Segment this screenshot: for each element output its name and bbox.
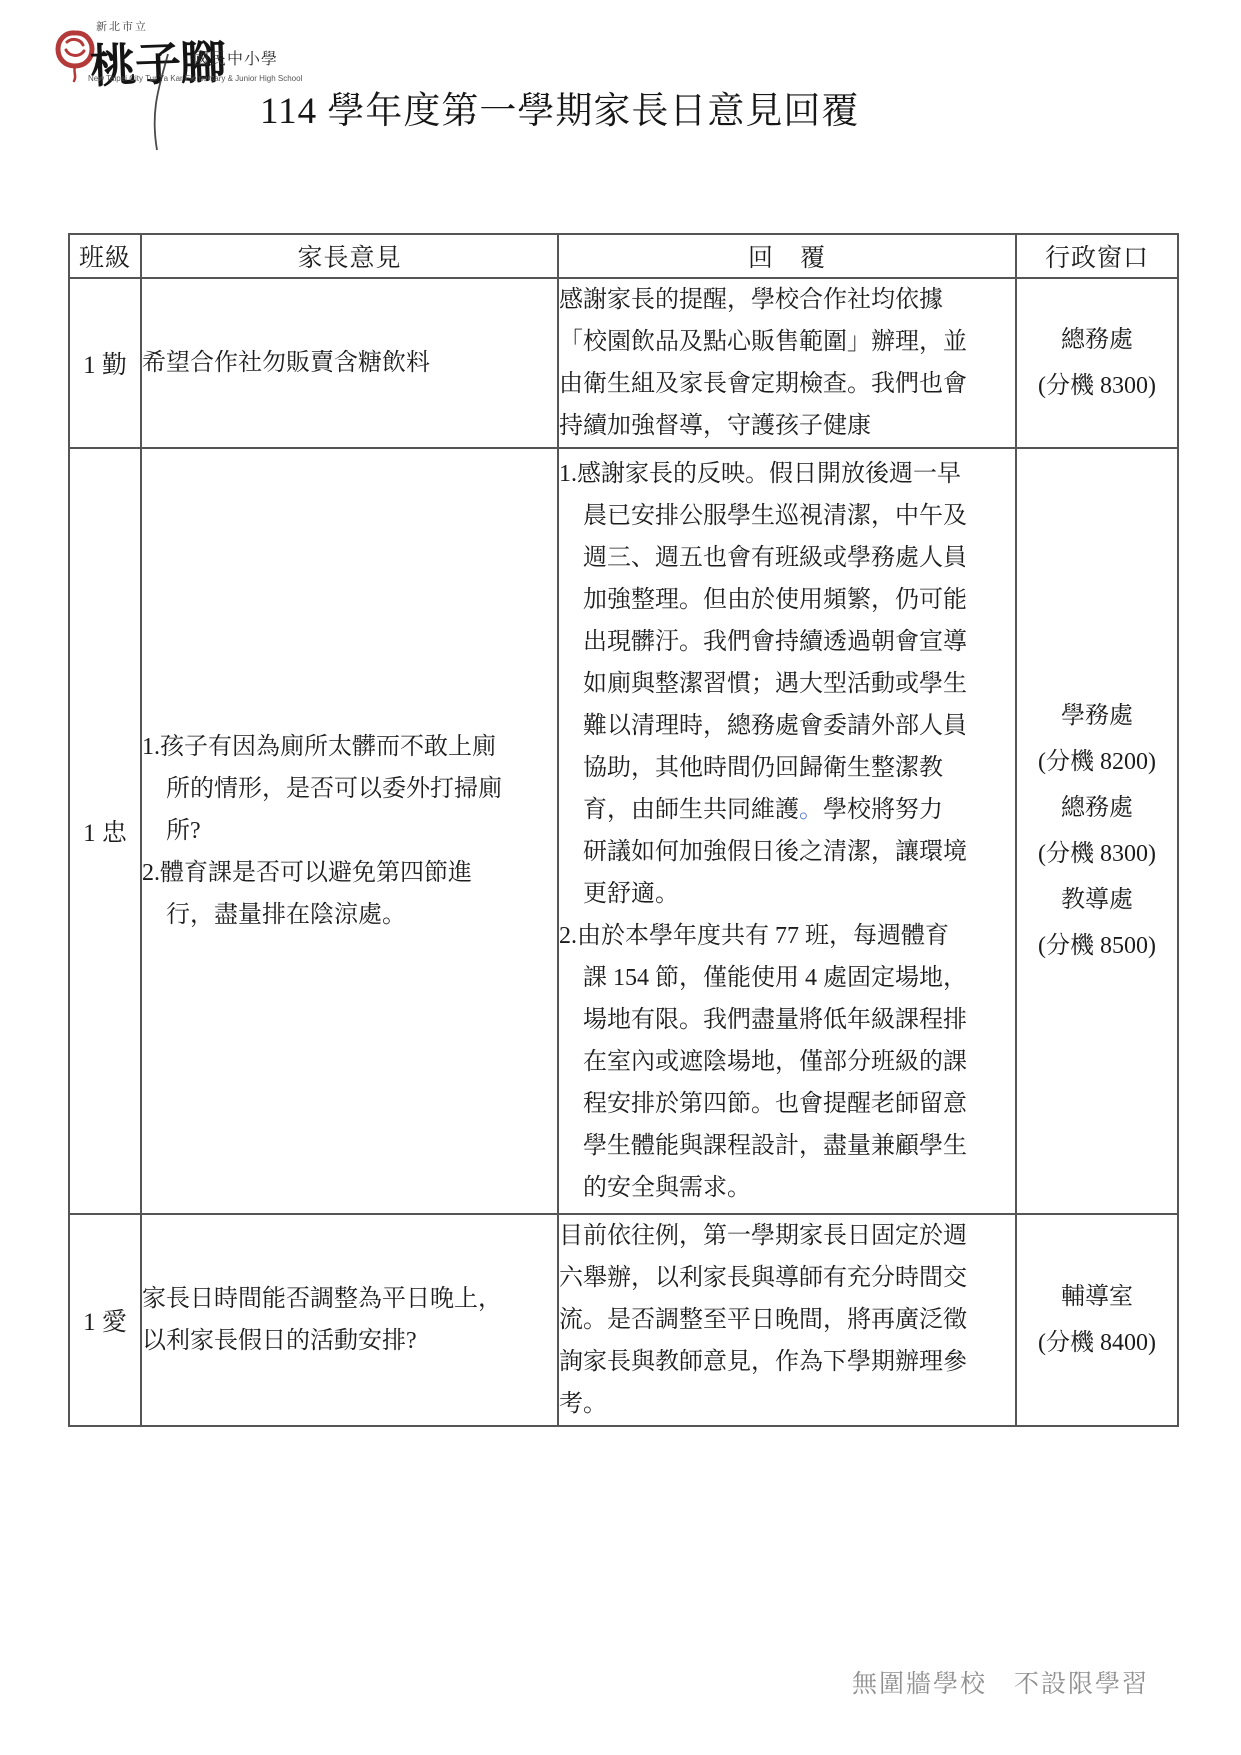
text-line: (分機 8500): [1017, 923, 1177, 969]
text-line: 目前依往例，第一學期家長日固定於週: [559, 1215, 1015, 1257]
text-line: 持續加強督導，守護孩子健康: [559, 405, 1015, 447]
text-line: 所的情形，是否可以委外打掃廁: [142, 768, 557, 810]
table-row: 1 愛 家長日時間能否調整為平日晚上，以利家長假日的活動安排? 目前依往例，第一…: [69, 1214, 1178, 1426]
table-row: 1 勤 希望合作社勿販賣含糖飲料 感謝家長的提醒，學校合作社均依據「校園飲品及點…: [69, 278, 1178, 448]
text-line: 由衛生組及家長會定期檢查。我們也會: [559, 363, 1015, 405]
text-line: 出現髒汙。我們會持續透過朝會宣導: [559, 621, 1015, 663]
text-line: 場地有限。我們盡量將低年級課程排: [559, 999, 1015, 1041]
table-row: 1 忠 1.孩子有因為廁所太髒而不敢上廁 所的情形，是否可以委外打掃廁 所?2.…: [69, 448, 1178, 1214]
parent-opinion-cell: 希望合作社勿販賣含糖飲料: [141, 278, 558, 448]
text-line: 2.由於本學年度共有 77 班，每週體育: [559, 915, 1015, 957]
admin-window-cell: 學務處(分機 8200)總務處(分機 8300)教導處(分機 8500): [1016, 448, 1178, 1214]
text-line: 更舒適。: [559, 873, 1015, 915]
text-line: 家長日時間能否調整為平日晚上，: [142, 1278, 557, 1320]
text-line: 1.感謝家長的反映。假日開放後週一早: [559, 453, 1015, 495]
text-line: 所?: [142, 810, 557, 852]
text-line: 以利家長假日的活動安排?: [142, 1320, 557, 1362]
class-label: 1 勤: [69, 278, 141, 448]
text-line: 行，盡量排在陰涼處。: [142, 894, 557, 936]
text-line: 研議如何加強假日後之清潔，讓環境: [559, 831, 1015, 873]
text-line: 總務處: [1017, 785, 1177, 831]
text-line: 輔導室: [1017, 1274, 1177, 1320]
text-line: 教導處: [1017, 877, 1177, 923]
text-line: 晨已安排公服學生巡視清潔，中午及: [559, 495, 1015, 537]
text-line: 週三、週五也會有班級或學務處人員: [559, 537, 1015, 579]
text-line: 希望合作社勿販賣含糖飲料: [142, 342, 557, 384]
text-segment: 育，由師生共同維護: [559, 797, 799, 823]
parent-opinion-cell: 1.孩子有因為廁所太髒而不敢上廁 所的情形，是否可以委外打掃廁 所?2.體育課是…: [141, 448, 558, 1214]
text-line: 的安全與需求。: [559, 1167, 1015, 1209]
header-admin-window: 行政窗口: [1016, 234, 1178, 278]
text-line: 「校園飲品及點心販售範圍」辦理，並: [559, 321, 1015, 363]
text-line: 程安排於第四節。也會提醒老師留意: [559, 1083, 1015, 1125]
header-reply: 回 覆: [558, 234, 1016, 278]
text-line: 協助，其他時間仍回歸衛生整潔教: [559, 747, 1015, 789]
text-line: 詢家長與教師意見，作為下學期辦理參: [559, 1341, 1015, 1383]
text-line: 在室內或遮陰場地，僅部分班級的課: [559, 1041, 1015, 1083]
class-label: 1 愛: [69, 1214, 141, 1426]
text-line: 課 154 節，僅能使用 4 處固定場地，: [559, 957, 1015, 999]
header-parent-opinion: 家長意見: [141, 234, 558, 278]
school-type-label: 國民中小學: [193, 46, 278, 69]
text-line: (分機 8300): [1017, 363, 1177, 409]
feedback-table: 班級 家長意見 回 覆 行政窗口 1 勤 希望合作社勿販賣含糖飲料 感謝家長的提…: [68, 233, 1179, 1427]
blue-period-mark: 。: [799, 797, 823, 823]
reply-cell: 感謝家長的提醒，學校合作社均依據「校園飲品及點心販售範圍」辦理，並由衛生組及家長…: [558, 278, 1016, 448]
text-line: 難以清理時，總務處會委請外部人員: [559, 705, 1015, 747]
text-line: (分機 8300): [1017, 831, 1177, 877]
reply-cell: 1.感謝家長的反映。假日開放後週一早 晨已安排公服學生巡視清潔，中午及 週三、週…: [558, 448, 1016, 1214]
calligraphy-stroke-icon: [142, 54, 182, 154]
text-line: 感謝家長的提醒，學校合作社均依據: [559, 279, 1015, 321]
class-label: 1 忠: [69, 448, 141, 1214]
document-page: 新北市立 桃子腳 國民中小學 New Taipei City Tur Ya Ka…: [0, 0, 1241, 1755]
text-line: 2.體育課是否可以避免第四節進: [142, 852, 557, 894]
text-line: 流。是否調整至平日晚間，將再廣泛徵: [559, 1299, 1015, 1341]
text-segment: 學校將努力: [823, 797, 943, 823]
admin-window-cell: 總務處(分機 8300): [1016, 278, 1178, 448]
text-line: 學務處: [1017, 693, 1177, 739]
text-line: 總務處: [1017, 317, 1177, 363]
page-title: 114 學年度第一學期家長日意見回覆: [260, 80, 859, 134]
text-line: 1.孩子有因為廁所太髒而不敢上廁: [142, 726, 557, 768]
text-line: 學生體能與課程設計，盡量兼顧學生: [559, 1125, 1015, 1167]
text-line: 加強整理。但由於使用頻繁，仍可能: [559, 579, 1015, 621]
admin-window-cell: 輔導室(分機 8400): [1016, 1214, 1178, 1426]
text-line: 考。: [559, 1383, 1015, 1425]
header-class: 班級: [69, 234, 141, 278]
text-line-with-blue-period: 育，由師生共同維護。學校將努力: [559, 789, 1015, 831]
text-line: (分機 8400): [1017, 1320, 1177, 1366]
text-line: (分機 8200): [1017, 739, 1177, 785]
table-header-row: 班級 家長意見 回 覆 行政窗口: [69, 234, 1178, 278]
text-line: 六舉辦，以利家長與導師有充分時間交: [559, 1257, 1015, 1299]
reply-cell: 目前依往例，第一學期家長日固定於週六舉辦，以利家長與導師有充分時間交流。是否調整…: [558, 1214, 1016, 1426]
text-line: 如廁與整潔習慣；遇大型活動或學生: [559, 663, 1015, 705]
parent-opinion-cell: 家長日時間能否調整為平日晚上，以利家長假日的活動安排?: [141, 1214, 558, 1426]
school-slogan: 無圍牆學校 不設限學習: [852, 1664, 1149, 1700]
